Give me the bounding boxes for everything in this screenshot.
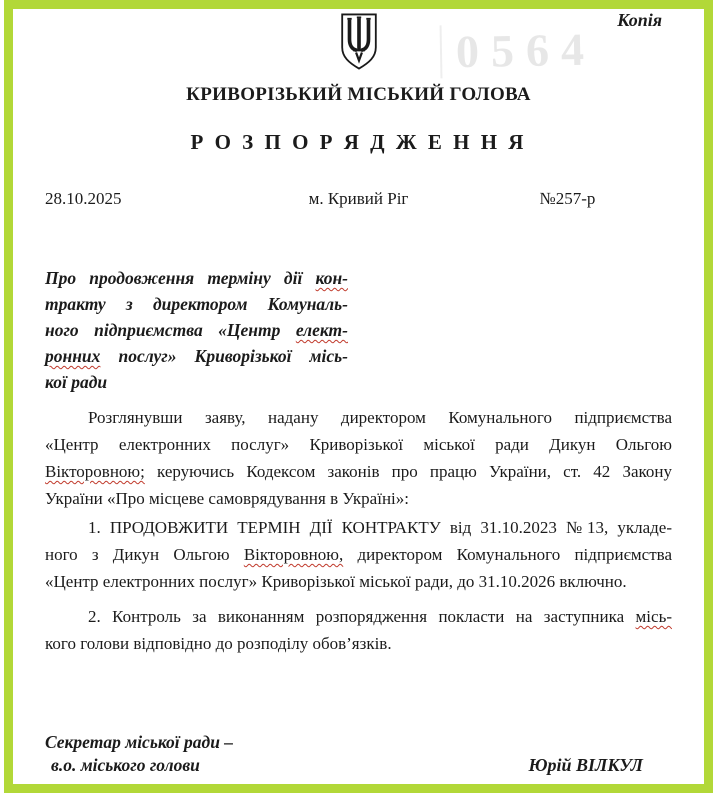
text-line: України «Про місцеве самоврядування в Ук… (45, 485, 672, 512)
misspelled-word: Вікторовною, (244, 545, 343, 564)
doc-city: м. Кривий Ріг (254, 188, 463, 210)
text-segment: «Центр електронних послуг» Криворізької … (45, 572, 627, 591)
text-line: 1. ПРОДОВЖИТИ ТЕРМІН ДІЇ КОНТРАКТУ від 3… (45, 514, 672, 541)
signature-name: Юрій ВІЛКУЛ (528, 754, 643, 777)
signature-block: Секретар міської ради – в.о. міського го… (45, 731, 672, 777)
doc-date: 28.10.2025 (45, 188, 254, 210)
text-line: «Центр електронних послуг» Криворізької … (45, 431, 672, 458)
document-content: КРИВОРІЗЬКИЙ МІСЬКИЙ ГОЛОВА Р О З П О Р … (13, 9, 704, 784)
text-segment: ного підприємства «Центр (45, 320, 296, 340)
text-segment: України «Про місцеве самоврядування в Ук… (45, 489, 409, 508)
text-line: 2. Контроль за виконанням розпорядження … (45, 603, 672, 630)
text-segment: ного з Дикун Ольгою (45, 545, 244, 564)
doc-type-title: Р О З П О Р Я Д Ж Е Н Н Я (45, 130, 672, 155)
signature-role: Секретар міської ради – в.о. міського го… (45, 731, 233, 777)
ukraine-trident-emblem (337, 13, 381, 70)
misspelled-word: ронних (45, 346, 100, 366)
text-segment: Розглянувши заяву, надану директором Ком… (88, 408, 672, 427)
emblem-container (45, 13, 672, 70)
subject-line: ного підприємства «Центр елект- (45, 317, 348, 343)
misspelled-word: Вікторовною; (45, 462, 145, 481)
text-segment: кого голови відповідно до розподілу обов… (45, 634, 392, 653)
text-line: ного з Дикун Ольгою Вікторовною, директо… (45, 541, 672, 568)
date-line: 28.10.2025 м. Кривий Ріг №257-р (45, 188, 672, 210)
text-line: кого голови відповідно до розподілу обов… (45, 630, 672, 657)
signature-role-line2: в.о. міського голови (45, 754, 233, 777)
paragraph-item-2: 2. Контроль за виконанням розпорядження … (45, 603, 672, 657)
text-segment: 2. Контроль за виконанням розпорядження … (88, 607, 636, 626)
subject-block: Про продовження терміну дії кон- тракту … (45, 265, 348, 395)
text-segment: Про продовження терміну дії (45, 268, 316, 288)
copy-label: Копія (617, 10, 662, 31)
text-segment: директором Комунального підприємства (343, 545, 672, 564)
doc-number: №257-р (463, 188, 672, 210)
org-title: КРИВОРІЗЬКИЙ МІСЬКИЙ ГОЛОВА (45, 84, 672, 106)
signature-role-line1: Секретар міської ради – (45, 731, 233, 754)
subject-line: тракту з директором Комуналь- (45, 291, 348, 317)
misspelled-word: місь- (636, 607, 672, 626)
text-segment: 1. ПРОДОВЖИТИ ТЕРМІН ДІЇ КОНТРАКТУ від 3… (88, 518, 672, 537)
text-line: Розглянувши заяву, надану директором Ком… (45, 404, 672, 431)
text-segment: керуючись Кодексом законів про працю Укр… (145, 462, 672, 481)
misspelled-word: кон- (316, 268, 349, 288)
text-line: Вікторовною; керуючись Кодексом законів … (45, 458, 672, 485)
subject-line: ронних послуг» Криворізької місь- (45, 343, 348, 369)
text-segment: «Центр електронних послуг» Криворізької … (45, 435, 672, 454)
subject-line: кої ради (45, 369, 348, 395)
text-segment: тракту з директором Комуналь- (45, 294, 348, 314)
text-segment: кої ради (45, 372, 107, 392)
text-line: «Центр електронних послуг» Криворізької … (45, 568, 672, 595)
text-segment: послуг» Криворізької місь- (100, 346, 348, 366)
paragraph-item-1: 1. ПРОДОВЖИТИ ТЕРМІН ДІЇ КОНТРАКТУ від 3… (45, 514, 672, 595)
misspelled-word: елект- (296, 320, 348, 340)
paragraph-preamble: Розглянувши заяву, надану директором Ком… (45, 404, 672, 512)
subject-line: Про продовження терміну дії кон- (45, 265, 348, 291)
